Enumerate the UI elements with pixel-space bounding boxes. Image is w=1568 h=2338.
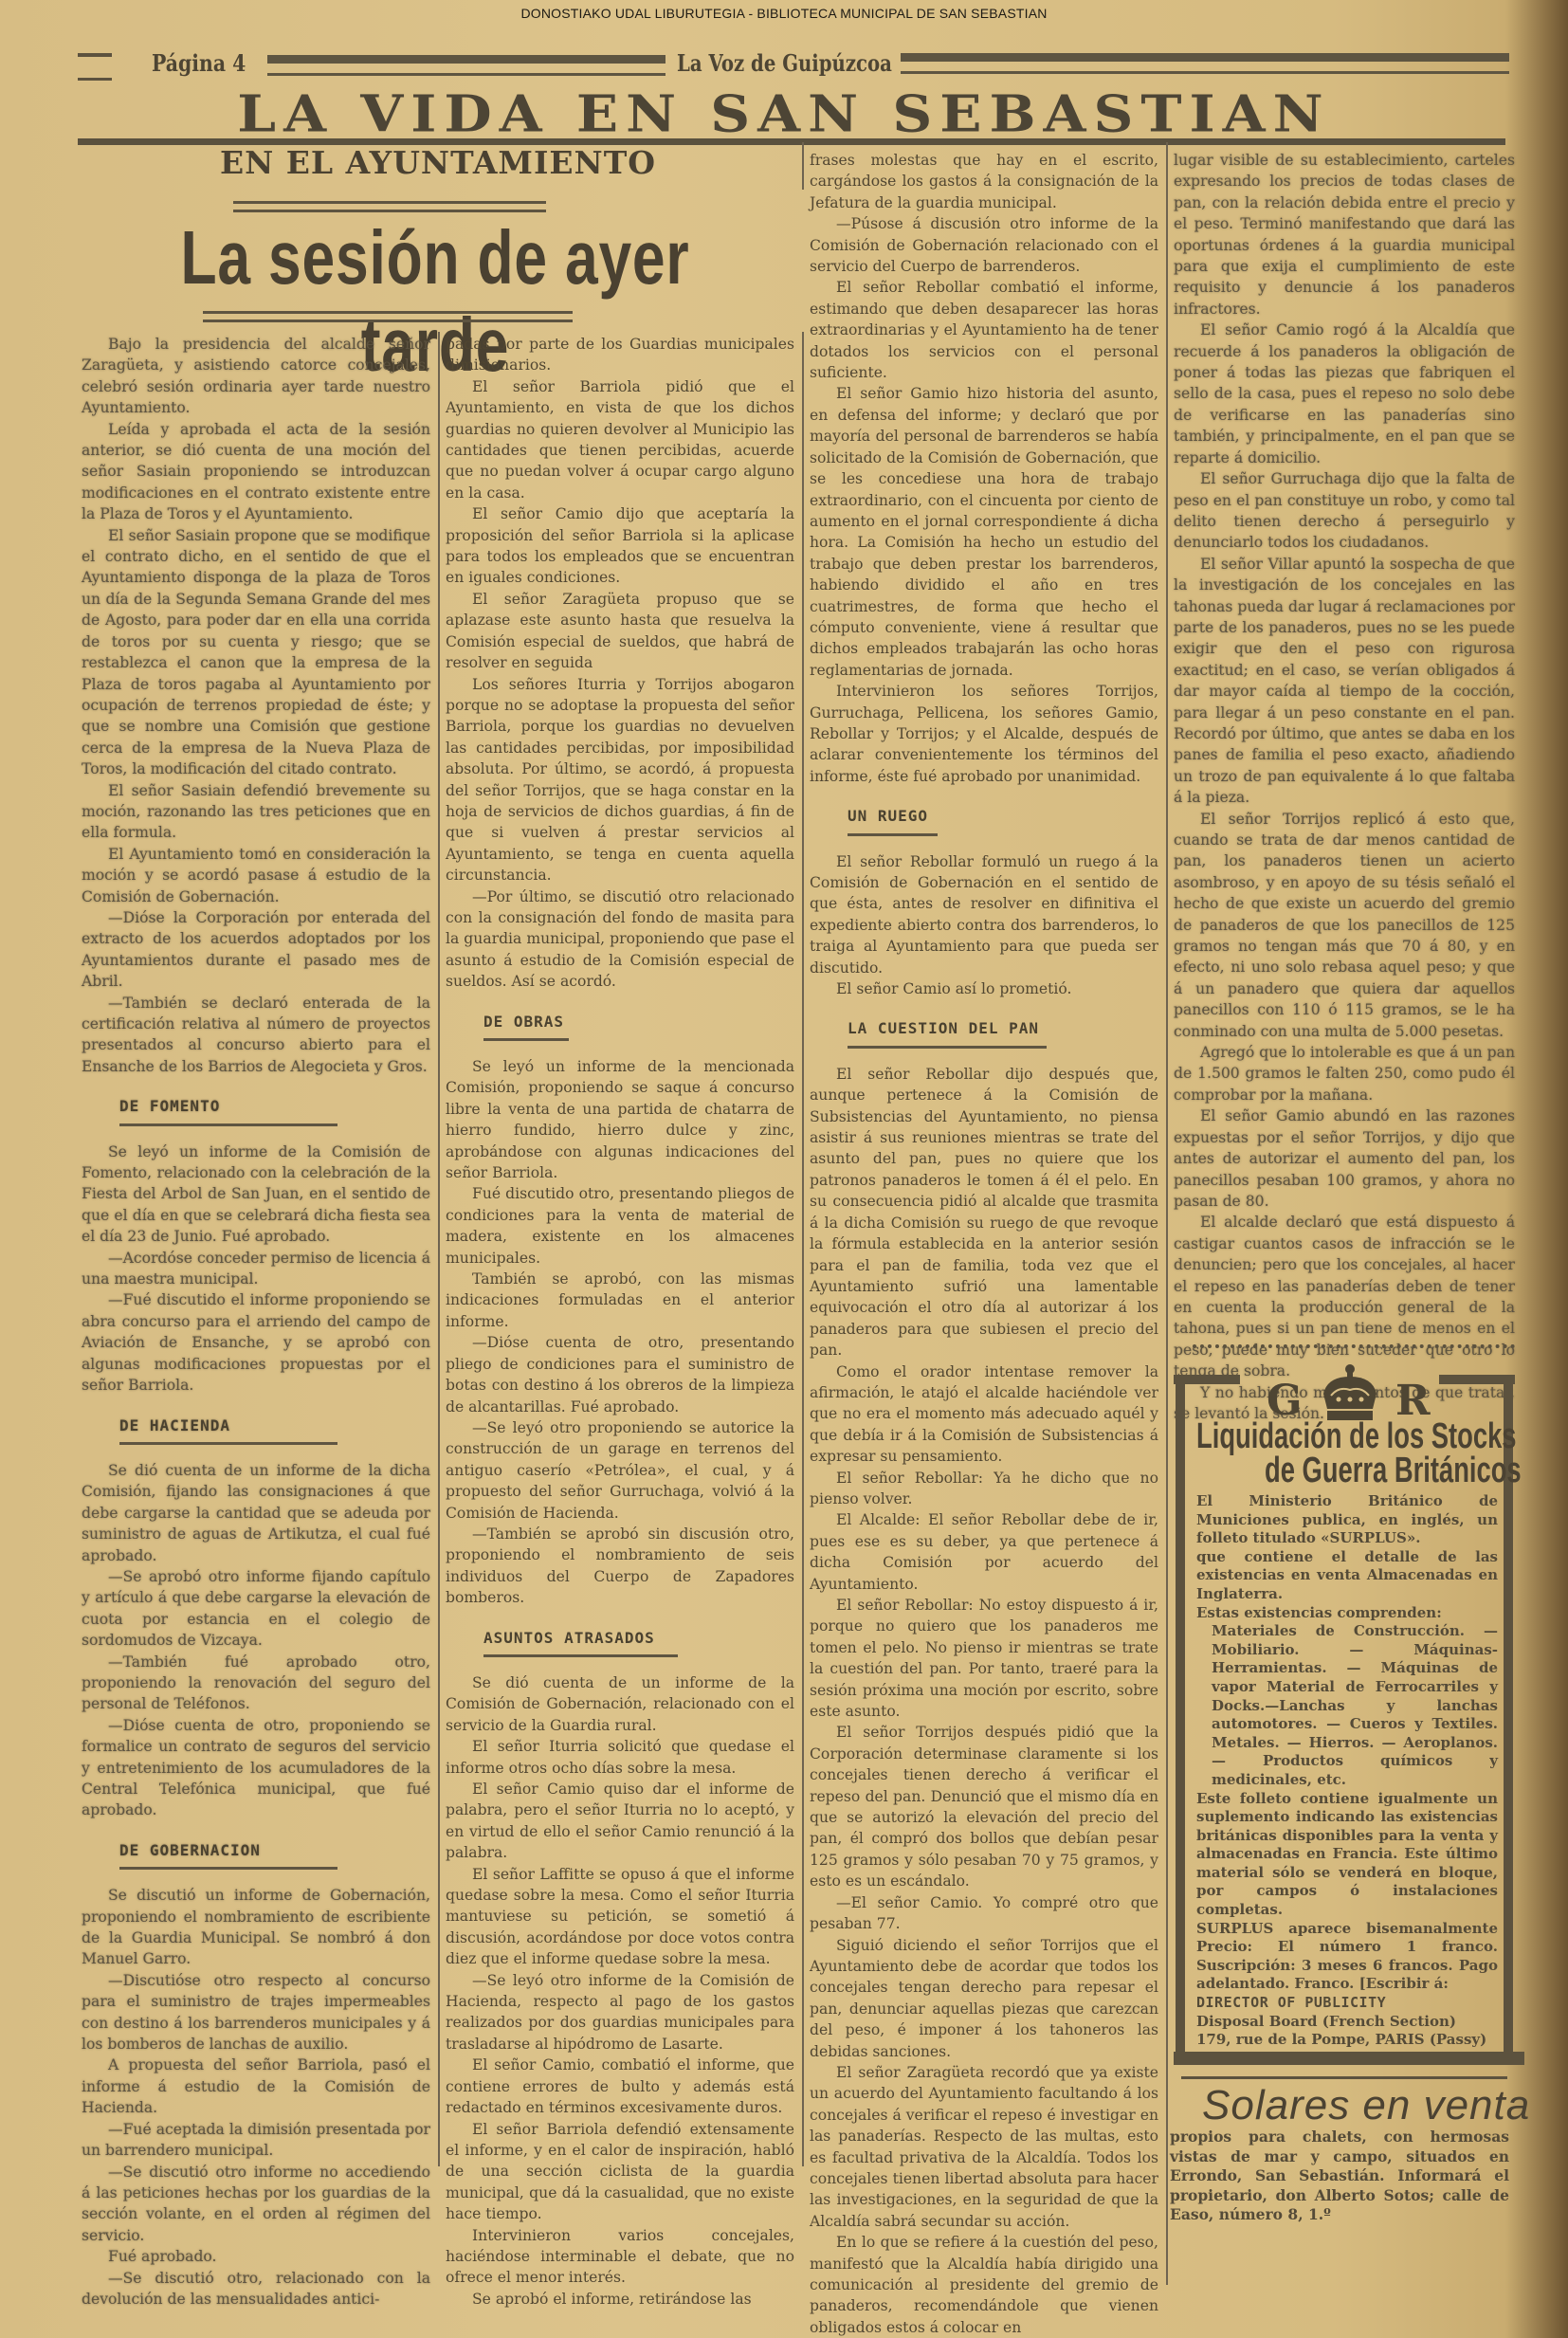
paragraph: El señor Gurruchaga dijo que la falta de… bbox=[1174, 468, 1515, 554]
article-kicker: EN EL AYUNTAMIENTO bbox=[78, 144, 798, 181]
paragraph: El señor Camio quiso dar el informe de p… bbox=[446, 1779, 794, 1864]
paragraph: Se aprobó el informe, retirándose las bbox=[446, 2289, 794, 2310]
paragraph: Fué aprobado. bbox=[82, 2246, 430, 2267]
paragraph: Como el orador intentase remover la afir… bbox=[810, 1361, 1158, 1468]
ad-address-line: Disposal Board (French Section) bbox=[1196, 2013, 1498, 2032]
classified-rule bbox=[1181, 2076, 1507, 2079]
subsection-rule bbox=[848, 1046, 1047, 1049]
paragraph: El señor Camio, combatió el informe, que… bbox=[446, 2055, 794, 2118]
ad-frame-left bbox=[1176, 1384, 1185, 2057]
article-column-4: lugar visible de su establecimiento, car… bbox=[1174, 150, 1515, 1424]
paragraph: A propuesta del señor Barriola, pasó el … bbox=[82, 2055, 430, 2118]
paragraph: —El señor Camio. Yo compré otro que pesa… bbox=[810, 1892, 1158, 1935]
subsection-rule bbox=[119, 1442, 337, 1445]
paragraph: —Fué discutido el informe proponiendo se… bbox=[82, 1289, 430, 1396]
paragraph: El señor Rebollar formuló un ruego á la … bbox=[810, 851, 1158, 978]
paragraph: —Se discutió otro, relacionado con la de… bbox=[82, 2268, 430, 2311]
ad-paragraph: SURPLUS aparece bisemanalmente Precio: E… bbox=[1196, 1920, 1498, 1994]
subsection-rule bbox=[119, 1867, 337, 1870]
subsection-heading-fomento: DE FOMENTO bbox=[119, 1096, 430, 1117]
paragraph: Se dió cuenta de un informe de la Comisi… bbox=[446, 1672, 794, 1736]
headline-rule bbox=[203, 311, 573, 322]
subsection-heading-asuntos-atrasados: ASUNTOS ATRASADOS bbox=[483, 1628, 794, 1649]
masthead: Página 4 La Voz de Guipúzcoa bbox=[78, 49, 1509, 82]
paragraph: —Dióse cuenta de otro, presentando plieg… bbox=[446, 1332, 794, 1417]
paragraph: El señor Camio así lo prometió. bbox=[810, 978, 1158, 999]
paragraph: —Acordóse conceder permiso de licencia á… bbox=[82, 1248, 430, 1290]
paragraph: —Se leyó otro proponiendo se autorice la… bbox=[446, 1417, 794, 1524]
masthead-rule-right bbox=[901, 53, 1509, 74]
paragraph: En lo que se refiere á la cuestión del p… bbox=[810, 2232, 1158, 2338]
paragraph: Se leyó un informe de la Comisión de Fom… bbox=[82, 1142, 430, 1248]
paragraph: El señor Torrijos replicó á esto que, cu… bbox=[1174, 809, 1515, 1042]
subsection-heading-gobernacion: DE GOBERNACION bbox=[119, 1840, 430, 1861]
paragraph: Los señores Iturria y Torrijos abogaron … bbox=[446, 674, 794, 886]
ad-body: El Ministerio Británico de Municiones pu… bbox=[1196, 1492, 1498, 2050]
paragraph: Intervinieron los señores Torrijos, Gurr… bbox=[810, 681, 1158, 787]
paragraph: El señor Iturria solicitó que quedase el… bbox=[446, 1736, 794, 1779]
paragraph: El alcalde declaró que está dispuesto á … bbox=[1174, 1212, 1515, 1381]
library-banner: DONOSTIAKO UDAL LIBURUTEGIA - BIBLIOTECA… bbox=[0, 6, 1568, 21]
paragraph: —Se aprobó otro informe fijando capítulo… bbox=[82, 1566, 430, 1652]
ad-paragraph: Estas existencias comprenden: bbox=[1196, 1604, 1498, 1623]
ad-frame-bottom bbox=[1174, 2052, 1524, 2065]
paragraph: El señor Rebollar combatió el informe, e… bbox=[810, 277, 1158, 383]
paragraph: —Se leyó otro informe de la Comisión de … bbox=[446, 1970, 794, 2055]
paragraph: El señor Laffitte se opuso á que el info… bbox=[446, 1864, 794, 1970]
subsection-rule bbox=[483, 1038, 569, 1041]
paragraph: Leída y aprobada el acta de la sesión an… bbox=[82, 419, 430, 525]
paragraph: El señor Gamio abundó en las razones exp… bbox=[1174, 1105, 1515, 1212]
ad-headline-line2: de Guerra Británicos bbox=[1265, 1451, 1483, 1491]
ad-paragraph: El Ministerio Británico de Municiones pu… bbox=[1196, 1492, 1498, 1548]
ad-frame-top-left bbox=[1174, 1375, 1240, 1384]
article-column-3: frases molestas que hay en el escrito, c… bbox=[810, 150, 1158, 2338]
paragraph: El señor Villar apuntó la sospecha de qu… bbox=[1174, 554, 1515, 809]
article-end-rule bbox=[1193, 1344, 1515, 1348]
column-divider bbox=[802, 142, 804, 190]
ad-frame-top-right bbox=[1439, 1375, 1515, 1384]
paragraph: —Púsose á discusión otro informe de la C… bbox=[810, 213, 1158, 277]
column-divider bbox=[438, 332, 440, 2166]
column-divider bbox=[802, 332, 804, 2166]
kicker-rule bbox=[233, 201, 546, 212]
paragraph: También se aprobó, con las mismas indica… bbox=[446, 1269, 794, 1332]
paragraph: —Fué aceptada la dimisión presentada por… bbox=[82, 2119, 430, 2162]
paragraph: Se dió cuenta de un informe de la dicha … bbox=[82, 1460, 430, 1566]
paragraph: —Se discutió otro informe no accediendo … bbox=[82, 2162, 430, 2247]
column-divider bbox=[1166, 142, 1168, 2285]
subsection-rule bbox=[119, 1123, 337, 1126]
subsection-heading-un-ruego: UN RUEGO bbox=[848, 806, 1158, 827]
paragraph: —También fué aprobado otro, proponiendo … bbox=[82, 1652, 430, 1715]
subsection-heading-cuestion-del-pan: LA CUESTION DEL PAN bbox=[848, 1018, 1158, 1039]
paragraph: —También se aprobó sin discusión otro, p… bbox=[446, 1524, 794, 1609]
subsection-heading-hacienda: DE HACIENDA bbox=[119, 1416, 430, 1436]
article-column-1: Bajo la presidencia del alcalde señor Za… bbox=[82, 334, 430, 2310]
paragraph: El señor Rebollar dijo después que, aunq… bbox=[810, 1064, 1158, 1361]
crown-icon bbox=[1320, 1361, 1380, 1424]
classified-title: Solares en venta bbox=[1202, 2082, 1530, 2129]
paragraph: El señor Barriola defendió extensamente … bbox=[446, 2119, 794, 2225]
paragraph: Se leyó un informe de la mencionada Comi… bbox=[446, 1056, 794, 1183]
classified-body: propios para chalets, con hermosas vista… bbox=[1170, 2128, 1509, 2225]
paragraph: —Discutióse otro respecto al concurso pa… bbox=[82, 1970, 430, 2055]
paragraph: —Dióse la Corporación por enterada del e… bbox=[82, 907, 430, 993]
subsection-heading-obras: DE OBRAS bbox=[483, 1012, 794, 1032]
article-column-2: padas por parte de los Guardias municipa… bbox=[446, 334, 794, 2310]
paragraph: El señor Sasiain propone que se modifiqu… bbox=[82, 525, 430, 780]
paragraph: El señor Rebollar: No estoy dispuesto á … bbox=[810, 1595, 1158, 1722]
paragraph: El señor Gamio hizo historia del asunto,… bbox=[810, 383, 1158, 681]
masthead-rule-left bbox=[267, 55, 665, 76]
ad-paragraph: Este folleto contiene igualmente un supl… bbox=[1196, 1790, 1498, 1920]
paragraph: —Por último, se discutió otro relacionad… bbox=[446, 886, 794, 993]
subsection-rule bbox=[483, 1654, 678, 1657]
ad-director: DIRECTOR OF PUBLICITY bbox=[1196, 1994, 1498, 2013]
ad-address-line: 179, rue de la Pompe, PARIS (Passy) bbox=[1196, 2031, 1498, 2050]
paragraph: frases molestas que hay en el escrito, c… bbox=[810, 150, 1158, 213]
page-number: Página 4 bbox=[152, 49, 246, 77]
paragraph: El señor Zaragüeta recordó que ya existe… bbox=[810, 2062, 1158, 2232]
ad-paragraph: que contiene el detalle de las existenci… bbox=[1196, 1548, 1498, 1604]
paragraph: Agregó que lo intolerable es que á un pa… bbox=[1174, 1042, 1515, 1105]
paragraph: El señor Sasiain defendió brevemente su … bbox=[82, 780, 430, 844]
paragraph: Siguió diciendo el señor Torrijos que el… bbox=[810, 1935, 1158, 2062]
section-title: LA VIDA EN SAN SEBASTIAN bbox=[68, 84, 1500, 144]
ad-paragraph: Materiales de Construcción. — Mobiliario… bbox=[1196, 1622, 1498, 1789]
paragraph: El señor Camio dijo que aceptaría la pro… bbox=[446, 503, 794, 589]
paragraph: Se discutió un informe de Gobernación, p… bbox=[82, 1885, 430, 1970]
paragraph: El señor Barriola pidió que el Ayuntamie… bbox=[446, 376, 794, 503]
paragraph: El señor Torrijos después pidió que la C… bbox=[810, 1722, 1158, 1891]
paragraph: El Ayuntamiento tomó en consideración la… bbox=[82, 844, 430, 907]
newspaper-name: La Voz de Guipúzcoa bbox=[677, 49, 892, 77]
paragraph: El señor Zaragüeta propuso que se aplaza… bbox=[446, 589, 794, 674]
paragraph: El señor Rebollar: Ya he dicho que no pi… bbox=[810, 1468, 1158, 1510]
paragraph: Fué discutido otro, presentando pliegos … bbox=[446, 1183, 794, 1269]
paragraph: El Alcalde: El señor Rebollar debe de ir… bbox=[810, 1509, 1158, 1595]
paragraph: Intervinieron varios concejales, haciénd… bbox=[446, 2225, 794, 2289]
subsection-rule bbox=[848, 833, 938, 836]
paragraph: Bajo la presidencia del alcalde señor Za… bbox=[82, 334, 430, 419]
paragraph: —Dióse cuenta de otro, proponiendo se fo… bbox=[82, 1715, 430, 1821]
paragraph: El señor Camio rogó á la Alcaldía que re… bbox=[1174, 320, 1515, 468]
paragraph: padas por parte de los Guardias municipa… bbox=[446, 334, 794, 376]
paragraph: lugar visible de su establecimiento, car… bbox=[1174, 150, 1515, 320]
masthead-ornament bbox=[78, 53, 112, 81]
paragraph: —También se declaró enterada de la certi… bbox=[82, 993, 430, 1078]
